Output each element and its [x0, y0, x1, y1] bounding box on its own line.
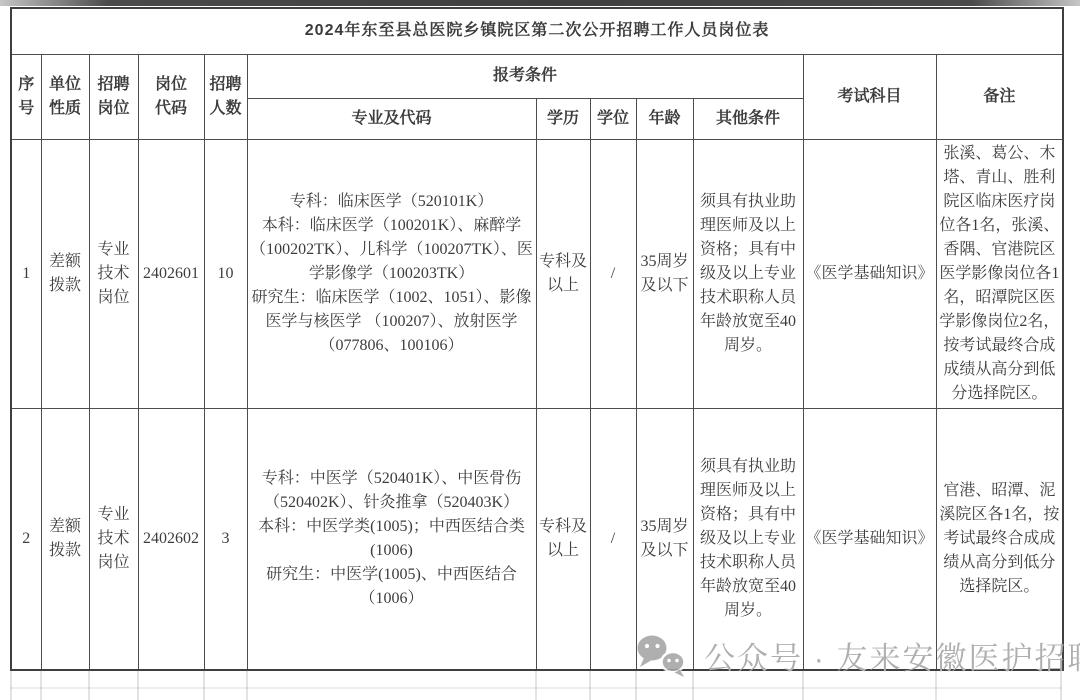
cell-education: 专科及 以上 — [536, 139, 590, 408]
cell-degree: / — [590, 408, 636, 670]
table-row: 1 差额 拨款 专业 技术 岗位 2402601 10 专科：临床医学（5201… — [11, 139, 1063, 408]
ghost-gridline — [246, 671, 248, 700]
top-edge-strip — [0, 0, 1080, 6]
ghost-gridline — [137, 671, 139, 700]
ghost-gridline — [88, 671, 90, 700]
cell-no: 2 — [11, 408, 41, 670]
ghost-gridline — [10, 671, 12, 700]
cell-exam-subject: 《医学基础知识》 — [803, 408, 936, 670]
col-header-education: 学历 — [536, 98, 590, 139]
col-header-remarks: 备注 — [936, 54, 1063, 139]
col-header-application-conditions: 报考条件 — [247, 54, 803, 98]
cell-post: 专业 技术 岗位 — [89, 139, 138, 408]
ghost-gridline — [589, 671, 591, 700]
cell-headcount: 3 — [204, 408, 247, 670]
cell-exam-subject: 《医学基础知识》 — [803, 139, 936, 408]
cell-other-conditions: 须具有执业助理医师及以上资格；具有中级及以上专业技术职称人员年龄放宽至40周岁。 — [693, 408, 803, 670]
ghost-gridline — [203, 671, 205, 700]
cell-remarks: 官港、昭潭、泥溪院区各1名，按考试最终合成成绩从高分到低分选择院区。 — [936, 408, 1063, 670]
cell-headcount: 10 — [204, 139, 247, 408]
col-header-post-code: 岗位 代码 — [138, 54, 204, 139]
col-header-no: 序号 — [11, 54, 41, 139]
cell-major-codes: 专科：临床医学（520101K） 本科：临床医学（100201K）、麻醉学（10… — [247, 139, 536, 408]
ghost-gridline — [40, 671, 42, 700]
ghost-gridline — [1060, 671, 1062, 700]
table-row: 2 差额 拨款 专业 技术 岗位 2402602 3 专科：中医学（520401… — [11, 408, 1063, 670]
col-header-major-codes: 专业及代码 — [247, 98, 536, 139]
col-header-degree: 学位 — [590, 98, 636, 139]
cell-major-codes: 专科：中医学（520401K）、中医骨伤（520402K）、针灸推拿（52040… — [247, 408, 536, 670]
title-row: 2024年东至县总医院乡镇院区第二次公开招聘工作人员岗位表 — [11, 8, 1063, 54]
header-row-top: 序号 单位 性质 招聘 岗位 岗位 代码 招聘 人数 报考条件 考试科目 备注 — [11, 54, 1063, 98]
col-header-exam-subject: 考试科目 — [803, 54, 936, 139]
cell-unit-nature: 差额 拨款 — [41, 139, 89, 408]
col-header-other-conditions: 其他条件 — [693, 98, 803, 139]
ghost-gridline — [635, 671, 637, 700]
cell-age: 35周岁 及以下 — [636, 139, 693, 408]
job-table: 2024年东至县总医院乡镇院区第二次公开招聘工作人员岗位表 序号 单位 性质 招… — [10, 7, 1064, 671]
col-header-headcount: 招聘 人数 — [204, 54, 247, 139]
cell-unit-nature: 差额 拨款 — [41, 408, 89, 670]
cell-post: 专业 技术 岗位 — [89, 408, 138, 670]
cell-no: 1 — [11, 139, 41, 408]
col-header-post: 招聘 岗位 — [89, 54, 138, 139]
page: 2024年东至县总医院乡镇院区第二次公开招聘工作人员岗位表 序号 单位 性质 招… — [0, 0, 1080, 700]
ghost-gridline — [802, 671, 804, 700]
ghost-gridline — [692, 671, 694, 700]
ghost-gridline — [935, 671, 937, 700]
cell-education: 专科及 以上 — [536, 408, 590, 670]
col-header-unit-nature: 单位 性质 — [41, 54, 89, 139]
cell-post-code: 2402601 — [138, 139, 204, 408]
cell-degree: / — [590, 139, 636, 408]
ghost-gridline — [535, 671, 537, 700]
cell-other-conditions: 须具有执业助理医师及以上资格；具有中级及以上专业技术职称人员年龄放宽至40周岁。 — [693, 139, 803, 408]
cell-post-code: 2402602 — [138, 408, 204, 670]
ghost-gridline-horizontal — [10, 687, 1062, 689]
cell-age: 35周岁 及以下 — [636, 408, 693, 670]
page-title: 2024年东至县总医院乡镇院区第二次公开招聘工作人员岗位表 — [11, 8, 1063, 54]
cell-remarks: 张溪、葛公、木塔、青山、胜利院区临床医疗岗位各1名，张溪、香隅、官港院区医学影像… — [936, 139, 1063, 408]
col-header-age: 年龄 — [636, 98, 693, 139]
